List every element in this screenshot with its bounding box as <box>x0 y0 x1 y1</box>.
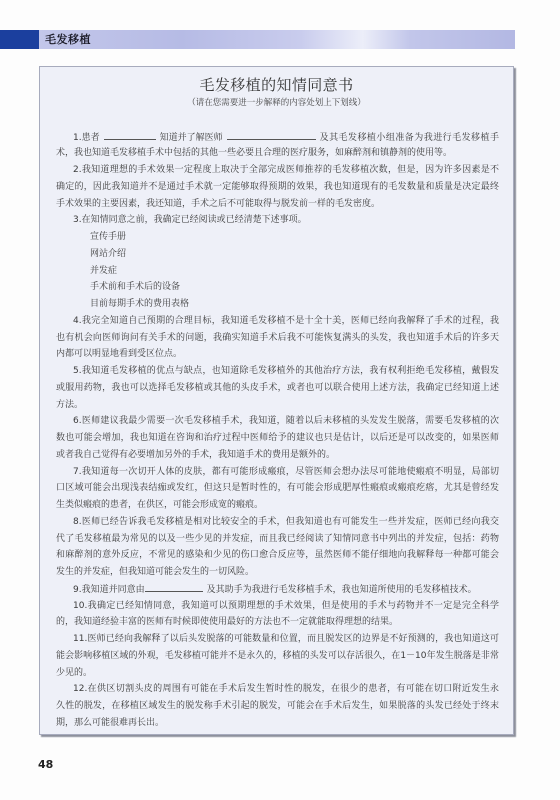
paragraph-line: 也有机会向医师询问有关手术的问题，我确实知道手术后我不可能恢复满头的头发，我也知… <box>56 330 499 347</box>
paragraph-8: 8.医师已经告诉我毛发移植是相对比较安全的手术，但我知道也有可能发生一些并发症，… <box>56 514 499 581</box>
paragraph-line: 期，那么可能很难再长出。 <box>56 715 499 732</box>
line-segment: 1.患者 <box>73 130 100 146</box>
paragraph-line: 6.医师建议我最少需要一次毛发移植手术，我知道，随着以后未移植的头发发生脱落，需… <box>56 413 499 430</box>
paragraph-2: 2.我知道理想的手术效果一定程度上取决于全部完成医师推荐的毛发移植次数，但是，因… <box>56 162 499 212</box>
paragraph-line: 7.我知道每一次切开人体的皮肤，都有可能形成瘢痕，尽管医师会想办法尽可能地使瘢痕… <box>56 464 499 481</box>
paragraph-line: 久性的脱发，在移植区域发生的脱发称手术引起的脱发，可能会在手术后发生，如果脱落的… <box>56 698 499 715</box>
doctor-name-blank[interactable] <box>227 129 316 140</box>
paragraph-line: 口区域可能会出现浅表结痂或发红，但这只是暂时性的，有可能会形成肥厚性瘢痕或瘢痕疙… <box>56 480 499 497</box>
paragraph-10: 10.我确定已经知情同意，我知道可以预期理想的手术效果，但是使用的手术与药物并不… <box>56 598 499 632</box>
paragraph-line: 10.我确定已经知情同意，我知道可以预期理想的手术效果，但是使用的手术与药物并不… <box>56 598 499 615</box>
checklist-item[interactable]: 目前每期手术的费用表格 <box>56 296 499 313</box>
paragraph-6: 6.医师建议我最少需要一次毛发移植手术，我知道，随着以后未移植的头发发生脱落，需… <box>56 413 499 463</box>
paragraph-line: 11.医师已经向我解释了以后头发脱落的可能数量和位置，而且脱发区的边界是不好预测… <box>56 631 499 648</box>
paragraph-line: 2.我知道理想的手术效果一定程度上取决于全部完成医师推荐的毛发移植次数，但是，因… <box>56 162 499 179</box>
paragraph-line: 的，我知道经验丰富的医师有时候即使使用最好的方法也不一定就能取得理想的结果。 <box>56 614 499 631</box>
section-color-block <box>0 30 39 49</box>
paragraph-line: 或服用药物，我也可以选择毛发移植或其他的头皮手术，或者也可以联合使用上述方法，我… <box>56 380 499 397</box>
paragraph-line: 少见的。 <box>56 665 499 682</box>
surgeon-name-blank[interactable] <box>145 581 203 592</box>
paragraph-line: 或者我自己觉得有必要增加另外的手术，我知道手术的费用是额外的。 <box>56 447 499 464</box>
line-segment: 及其毛发移植小组准备为我进行毛发移植手 <box>320 130 499 146</box>
document-title: 毛发移植的知情同意书 <box>40 76 513 94</box>
paragraph-line: 9.我知道并同意由 及其助手为我进行毛发移植手术，我也知道所使用的毛发移植技术。 <box>56 581 499 598</box>
paragraph-line: 代了毛发移植最为常见的以及一些少见的并发症，而且我已经阅读了知情同意书中列出的并… <box>56 531 499 548</box>
paragraph-line: 生类似瘢痕的患者，在供区，可能会形成宽的瘢痕。 <box>56 497 499 514</box>
patient-name-blank[interactable] <box>104 129 156 140</box>
paragraph-line: 能会影响移植区域的外观，毛发移植可能并不是永久的，移植的头发可以存活很久，在1－… <box>56 648 499 665</box>
checklist-item[interactable]: 宣传手册 <box>56 229 499 246</box>
document-body: 1.患者 知道并了解医师 及其毛发移植小组准备为我进行毛发移植手 术，我也知道毛… <box>56 129 499 732</box>
paragraph-line: 5.我知道毛发移植的优点与缺点，也知道除毛发移植外的其他治疗方法，我有权利拒绝毛… <box>56 363 499 380</box>
paragraph-3: 3.在知情同意之前，我确定已经阅读或已经清楚下述事项。 宣传手册 网站介绍 并发… <box>56 212 499 313</box>
line-segment: 及其助手为我进行毛发移植手术，我也知道所使用的毛发移植技术。 <box>207 582 477 598</box>
paragraph-line: 术，我也知道毛发移植手术中包括的其他一些必要且合理的医疗服务，如麻醉剂和镇静剂的… <box>56 145 499 162</box>
document-subtitle: （请在您需要进一步解释的内容处划上下划线） <box>40 98 513 109</box>
paragraph-line: 3.在知情同意之前，我确定已经阅读或已经清楚下述事项。 <box>56 212 499 229</box>
checklist-item[interactable]: 并发症 <box>56 263 499 280</box>
paragraph-5: 5.我知道毛发移植的优点与缺点，也知道除毛发移植外的其他治疗方法，我有权利拒绝毛… <box>56 363 499 413</box>
paragraph-line: 发生的并发症，但我知道可能会发生的一切风险。 <box>56 564 499 581</box>
paragraph-12: 12.在供区切割头皮的周围有可能在手术后发生暂时性的脱发，在很少的患者，有可能在… <box>56 681 499 731</box>
paragraph-4: 4.我完全知道自己预期的合理目标，我知道毛发移植不是十全十美，医师已经向我解释了… <box>56 313 499 363</box>
paragraph-line: 和麻醉剂的意外反应，不常见的感染和少见的伤口愈合反应等，虽然医师不能仔细地向我解… <box>56 547 499 564</box>
paragraph-line: 方法。 <box>56 397 499 414</box>
paragraph-line: 8.医师已经告诉我毛发移植是相对比较安全的手术，但我知道也有可能发生一些并发症，… <box>56 514 499 531</box>
paragraph-line: 手术效果的主要因素，我还知道，手术之后不可能取得与脱发前一样的毛发密度。 <box>56 196 499 213</box>
paragraph-7: 7.我知道每一次切开人体的皮肤，都有可能形成瘢痕，尽管医师会想办法尽可能地使瘢痕… <box>56 464 499 514</box>
checklist-item[interactable]: 手术前和手术后的设备 <box>56 279 499 296</box>
checklist-item[interactable]: 网站介绍 <box>56 246 499 263</box>
paragraph-line: 数也可能会增加，我也知道在咨询和治疗过程中医师给予的建议也只是估计，以后还是可以… <box>56 430 499 447</box>
line-segment: 9.我知道并同意由 <box>73 582 145 598</box>
section-gradient-bar <box>39 30 515 49</box>
paragraph-1: 1.患者 知道并了解医师 及其毛发移植小组准备为我进行毛发移植手 术，我也知道毛… <box>56 129 499 163</box>
page-number: 48 <box>38 758 53 771</box>
paragraph-9: 9.我知道并同意由 及其助手为我进行毛发移植手术，我也知道所使用的毛发移植技术。 <box>56 581 499 598</box>
paragraph-line: 确定的，因此我知道并不是通过手术就一定能够取得预期的效果，我也知道现有的毛发数量… <box>56 179 499 196</box>
line-segment: 知道并了解医师 <box>160 130 223 146</box>
section-title: 毛发移植 <box>45 30 91 49</box>
paragraph-line: 4.我完全知道自己预期的合理目标，我知道毛发移植不是十全十美，医师已经向我解释了… <box>56 313 499 330</box>
section-header-band: 毛发移植 <box>0 30 515 49</box>
paragraph-line: 12.在供区切割头皮的周围有可能在手术后发生暂时性的脱发，在很少的患者，有可能在… <box>56 681 499 698</box>
paragraph-line: 内都可以明显地看到受区位点。 <box>56 346 499 363</box>
paragraph-11: 11.医师已经向我解释了以后头发脱落的可能数量和位置，而且脱发区的边界是不好预测… <box>56 631 499 681</box>
paragraph-line: 1.患者 知道并了解医师 及其毛发移植小组准备为我进行毛发移植手 <box>56 129 499 146</box>
